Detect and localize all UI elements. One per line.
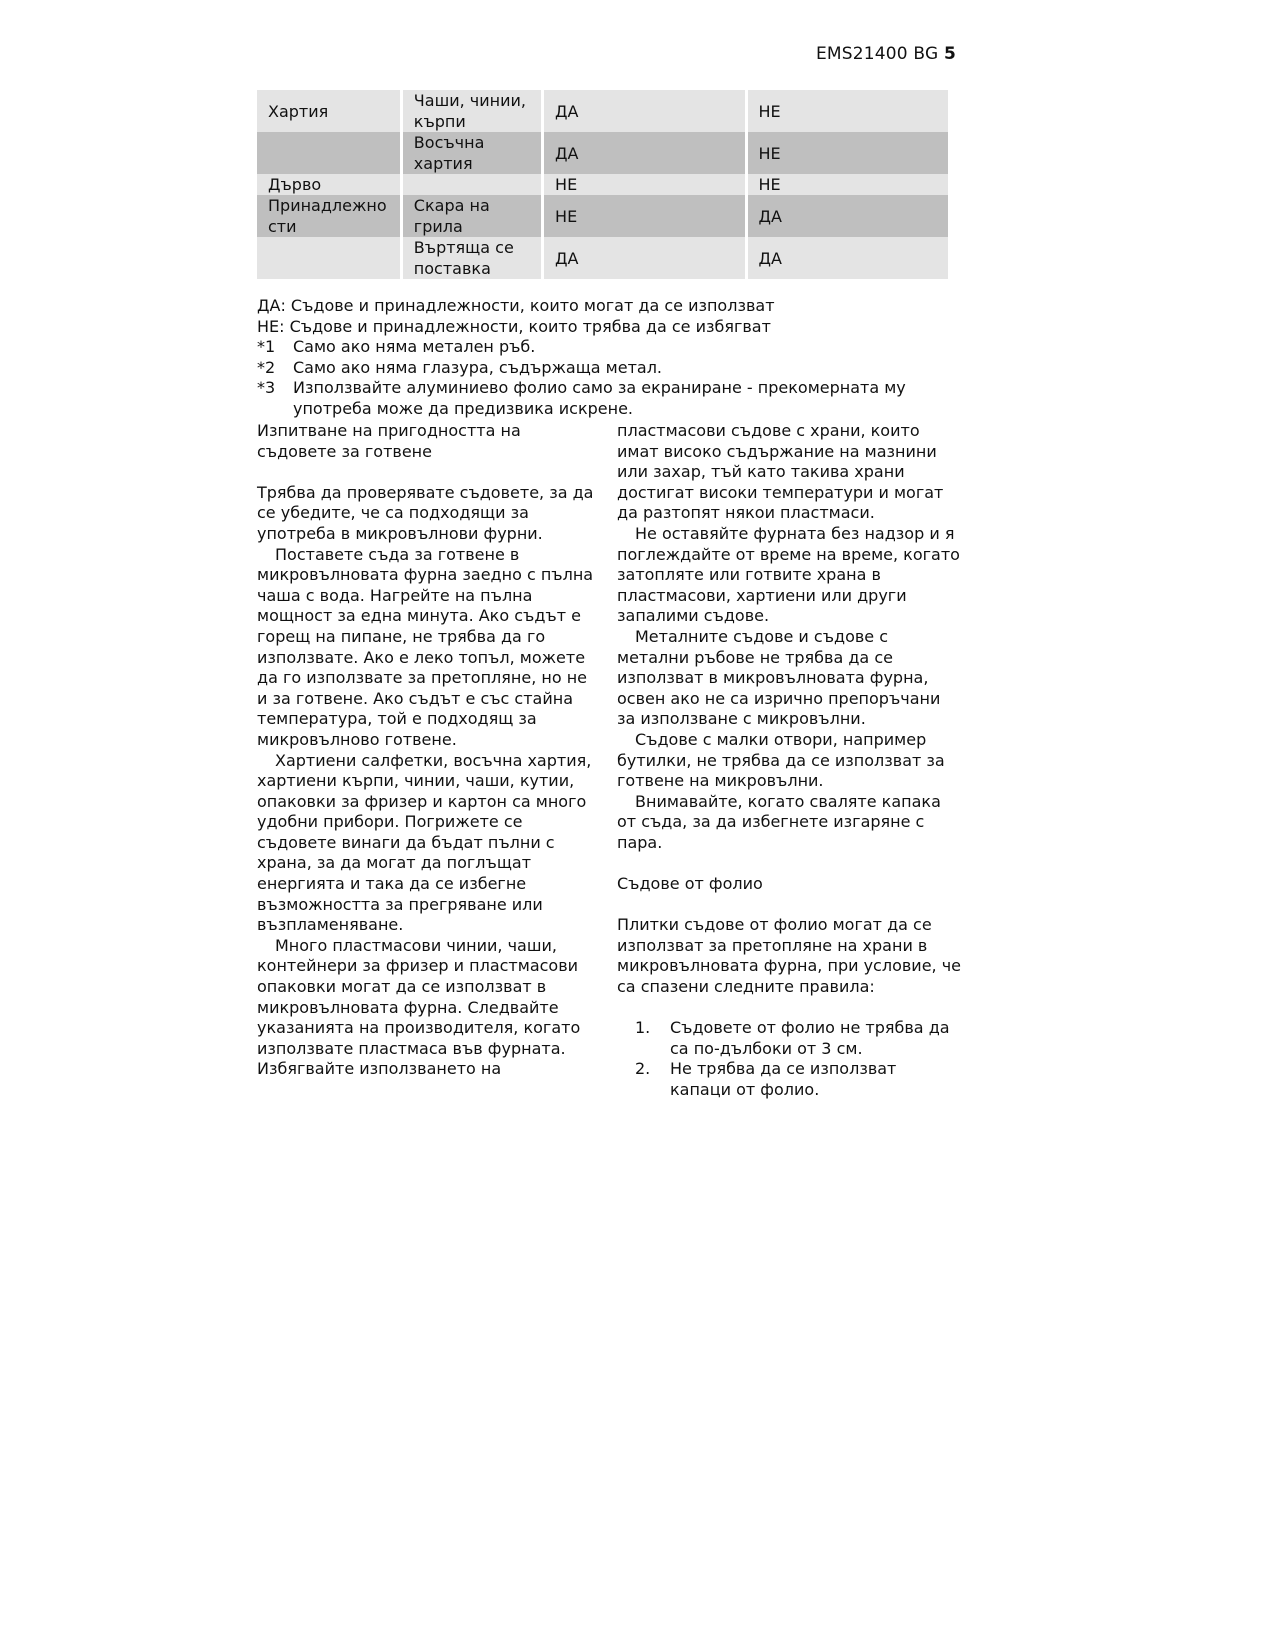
- list-text: Съдовете от фолио не трябва да са по-дъл…: [670, 1018, 962, 1059]
- material-cell: Принадлежно сти: [257, 195, 400, 237]
- footnote-mark: *1: [257, 337, 293, 358]
- item-cell: Восъчна хартия: [403, 132, 541, 174]
- value-cell: НЕ: [748, 174, 949, 195]
- table-row: Принадлежно сти Скара на грила НЕ ДА: [257, 195, 948, 237]
- item-cell: Чаши, чинии, кърпи: [403, 90, 541, 132]
- footnote-mark: *3: [257, 378, 293, 419]
- cookware-compatibility-table: Хартия Чаши, чинии, кърпи ДА НЕ Восъчна …: [254, 90, 951, 279]
- paragraph: Плитки съдове от фолио могат да се изпол…: [617, 915, 962, 997]
- footnote: *2 Само ако няма глазура, съдържаща мета…: [257, 358, 957, 379]
- right-column: пластмасови съдове с храни, които имат в…: [617, 421, 962, 1101]
- paragraph: пластмасови съдове с храни, които имат в…: [617, 421, 962, 524]
- item-cell: Скара на грила: [403, 195, 541, 237]
- list-number: 1.: [617, 1018, 670, 1059]
- value-cell: НЕ: [748, 90, 949, 132]
- list-item: 1. Съдовете от фолио не трябва да са по-…: [617, 1018, 962, 1059]
- section-heading: Съдове от фолио: [617, 874, 962, 895]
- table-row: Восъчна хартия ДА НЕ: [257, 132, 948, 174]
- value-cell: ДА: [748, 195, 949, 237]
- footnote-text: Само ако няма глазура, съдържаща метал.: [293, 358, 662, 379]
- list-text: Не трябва да се използват капаци от фоли…: [670, 1059, 962, 1100]
- page-header: EMS21400 BG 5: [816, 44, 956, 64]
- footnote: *3 Използвайте алуминиево фолио само за …: [257, 378, 957, 419]
- paragraph: Хартиени салфетки, восъчна хартия, харти…: [257, 751, 602, 936]
- footnote: *1 Само ако няма метален ръб.: [257, 337, 957, 358]
- left-column: Изпитване на пригодността на съдовете за…: [257, 421, 602, 1080]
- table-row: Въртяща се поставка ДА ДА: [257, 237, 948, 279]
- value-cell: ДА: [544, 90, 744, 132]
- paragraph: Внимавайте, когато сваляте капака от съд…: [617, 792, 962, 854]
- legend-no: НЕ: Съдове и принадлежности, които трябв…: [257, 317, 957, 338]
- foil-rules-list: 1. Съдовете от фолио не трябва да са по-…: [617, 1018, 962, 1100]
- paragraph: Металните съдове и съдове с метални ръбо…: [617, 627, 962, 730]
- value-cell: ДА: [544, 237, 744, 279]
- footnote-text: Използвайте алуминиево фолио само за екр…: [293, 378, 957, 419]
- legend-yes: ДА: Съдове и принадлежности, които могат…: [257, 296, 957, 317]
- list-number: 2.: [617, 1059, 670, 1100]
- list-item: 2. Не трябва да се използват капаци от ф…: [617, 1059, 962, 1100]
- paragraph: Поставете съда за готвене в микровълнова…: [257, 545, 602, 751]
- item-cell: Въртяща се поставка: [403, 237, 541, 279]
- section-heading: Изпитване на пригодността на съдовете за…: [257, 421, 602, 462]
- table-row: Дърво НЕ НЕ: [257, 174, 948, 195]
- value-cell: ДА: [748, 237, 949, 279]
- footnote-mark: *2: [257, 358, 293, 379]
- value-cell: НЕ: [748, 132, 949, 174]
- table-row: Хартия Чаши, чинии, кърпи ДА НЕ: [257, 90, 948, 132]
- model-number: EMS21400 BG: [816, 44, 938, 64]
- footnote-text: Само ако няма метален ръб.: [293, 337, 535, 358]
- value-cell: НЕ: [544, 195, 744, 237]
- material-cell: [257, 132, 400, 174]
- paragraph: Много пластмасови чинии, чаши, контейнер…: [257, 936, 602, 1080]
- paragraph: Трябва да проверявате съдовете, за да се…: [257, 483, 602, 545]
- paragraph: Не оставяйте фурната без надзор и я погл…: [617, 524, 962, 627]
- value-cell: ДА: [544, 132, 744, 174]
- material-cell: [257, 237, 400, 279]
- material-cell: Хартия: [257, 90, 400, 132]
- paragraph: Съдове с малки отвори, например бутилки,…: [617, 730, 962, 792]
- page-number: 5: [944, 44, 956, 64]
- material-cell: Дърво: [257, 174, 400, 195]
- table-legend: ДА: Съдове и принадлежности, които могат…: [257, 296, 957, 420]
- value-cell: НЕ: [544, 174, 744, 195]
- item-cell: [403, 174, 541, 195]
